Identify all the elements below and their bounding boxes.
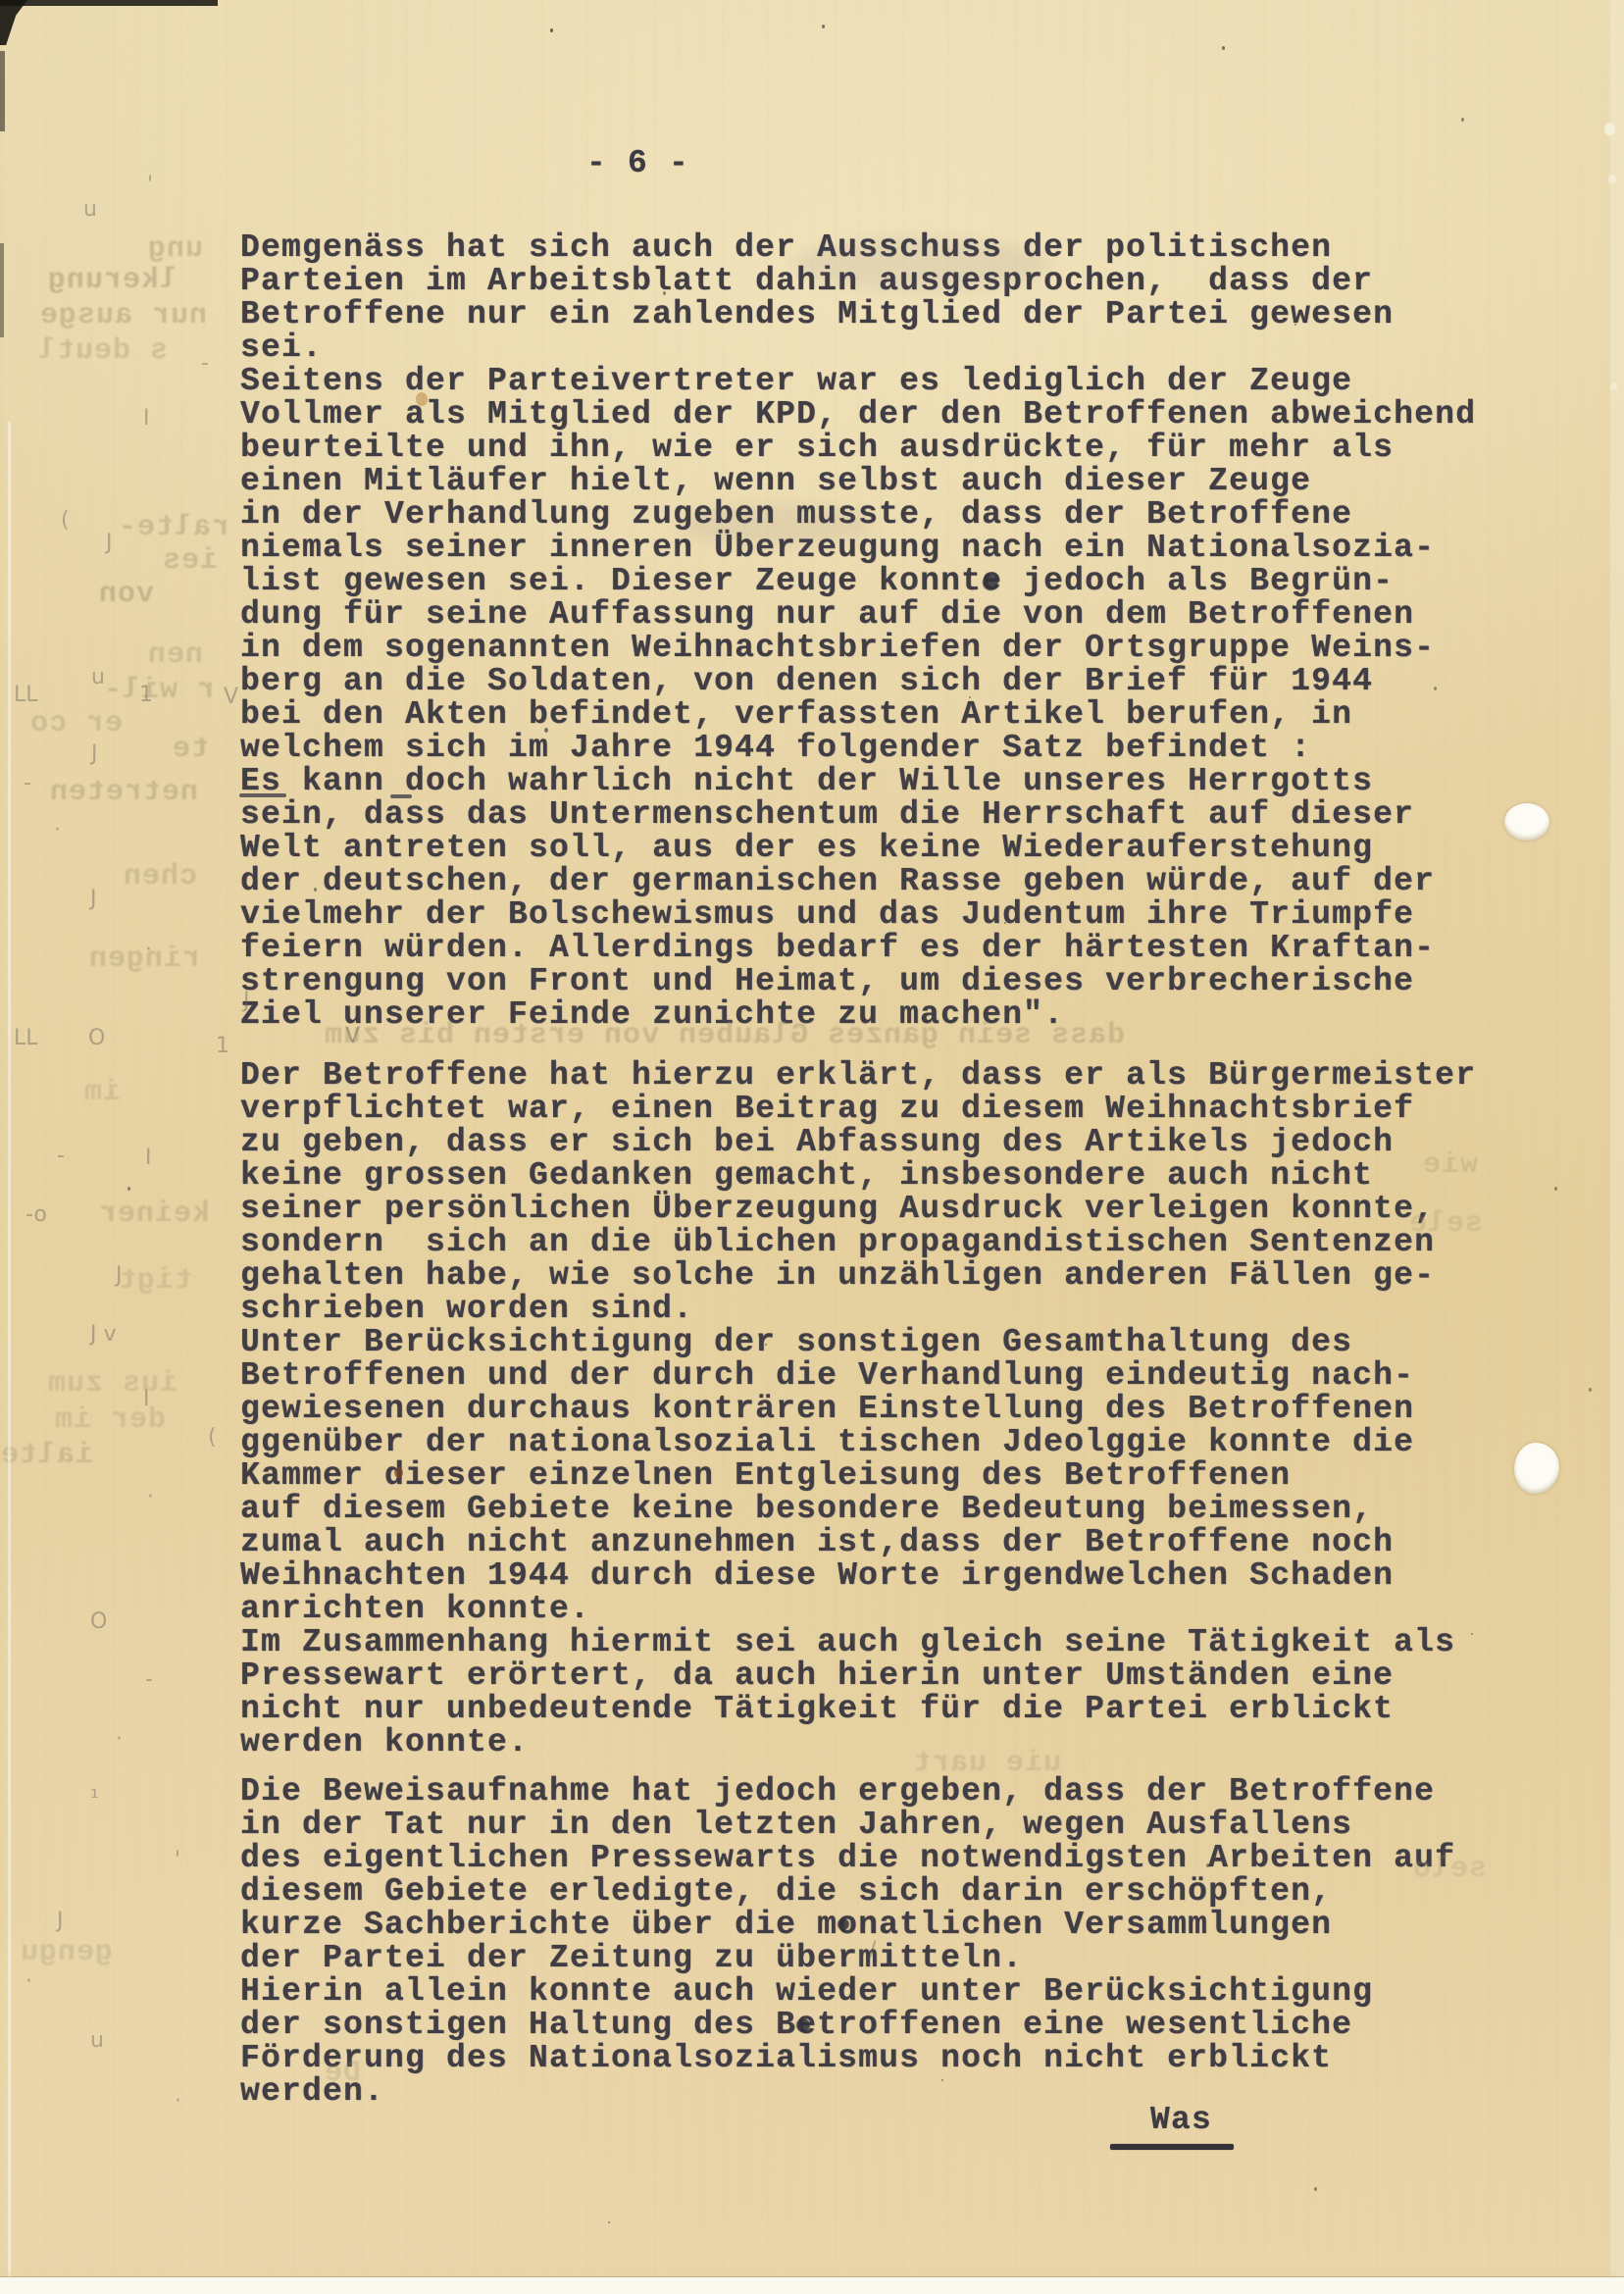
paper-speck <box>1206 1863 1209 1867</box>
bleed-through-ghost-text: ialte <box>0 1440 93 1471</box>
bleed-through-ghost-text: selo <box>1412 1854 1487 1885</box>
text-line: der deutschen, der germanischen Rasse ge… <box>240 865 1476 898</box>
margin-mark: J <box>243 991 250 1012</box>
text-line: Es kann doch wahrlich nicht der Wille un… <box>240 765 1476 798</box>
text-line: Im Zusammenhang hiermit sei auch gleich … <box>240 1626 1476 1659</box>
text-line: keine grossen Gedanken gemacht, insbeson… <box>240 1159 1476 1193</box>
margin-mark: · <box>145 940 152 961</box>
bleed-through-ghost-text: von <box>98 579 154 610</box>
bleed-through-ghost-text: nen <box>147 639 203 671</box>
scan-edge-top <box>0 0 218 6</box>
text-line: niemals seiner inneren Überzeugung nach … <box>240 532 1476 565</box>
paragraph: Demgenäss hat sich auch der Ausschuss de… <box>240 231 1476 1032</box>
text-line: werden. <box>240 2075 1476 2109</box>
text-line: Förderung des Nationalsozialismus noch n… <box>240 2042 1476 2075</box>
text-line: sondern sich an die üblichen propagandis… <box>240 1226 1476 1259</box>
scan-edge-left-streak <box>0 51 5 131</box>
bleed-through-ghost-text: s deutl <box>37 335 168 367</box>
paper-speck <box>544 728 548 733</box>
margin-mark: -o <box>25 1204 47 1226</box>
text-line: werden konnte. <box>240 1726 1476 1759</box>
text-line: ggenüber der nationalsoziali tischen Jde… <box>240 1426 1476 1459</box>
margin-mark: I <box>143 408 150 430</box>
ink-smudge <box>794 237 1049 291</box>
paper-speck <box>1471 1633 1473 1635</box>
scan-edge-left-streak <box>0 243 4 337</box>
text-line: welchem sich im Jahre 1944 folgender Sat… <box>240 732 1476 765</box>
text-line: Pressewart erörtert, da auch hierin unte… <box>240 1659 1476 1693</box>
margin-mark: O <box>88 1028 105 1049</box>
text-line: seiner persönlichen Überzeugung Ausdruck… <box>240 1193 1476 1226</box>
text-line: vielmehr der Bolschewismus und das Juden… <box>240 898 1476 932</box>
bleed-through-ghost-text: ies <box>162 545 218 577</box>
text-line: kurze Sachberichte über die monatlichen … <box>240 1909 1476 1942</box>
margin-mark: - <box>145 1669 153 1691</box>
margin-mark: ( <box>208 1427 217 1449</box>
margin-mark: · <box>116 1729 123 1751</box>
text-line: list gewesen sei. Dieser Zeuge konnte je… <box>240 565 1476 598</box>
paper-speck <box>394 1467 403 1478</box>
text-line: einen Mitläufer hielt, wenn selbst auch … <box>240 465 1476 498</box>
paper-speck <box>1314 2187 1317 2191</box>
text-line: Welt antreten soll, aus der es keine Wie… <box>240 832 1476 865</box>
paper-speck <box>663 291 666 295</box>
text-line: berg an die Soldaten, von denen sich der… <box>240 665 1476 698</box>
text-line: gewiesenen durchaus konträren Einstellun… <box>240 1393 1476 1426</box>
margin-mark: ' <box>175 1850 180 1871</box>
bleed-through-ghost-text: lkerung <box>47 265 178 296</box>
page-number: - 6 - <box>586 147 689 180</box>
paper-speck <box>628 1832 630 1834</box>
bleed-through-ghost-text: ius zum <box>47 1368 178 1400</box>
margin-mark: · <box>25 1971 32 1993</box>
bleed-through-ghost-text: r wil- <box>103 675 215 706</box>
paper-speck <box>314 888 317 892</box>
text-line: anrichten konnte. <box>240 1593 1476 1626</box>
document-text: Demgenäss hat sich auch der Ausschuss de… <box>240 231 1476 2109</box>
margin-mark: ¹ <box>90 1788 99 1810</box>
margin-mark: / <box>869 1940 876 1962</box>
bleed-through-ghost-text: chen <box>123 861 197 892</box>
paper-speck <box>416 392 428 406</box>
hole-punch <box>1504 803 1549 841</box>
paper-speck <box>1004 922 1006 924</box>
margin-mark: - <box>24 773 31 794</box>
text-line: bei den Akten befindet, verfassten Artik… <box>240 698 1476 732</box>
bleed-through-ghost-text: te <box>172 734 209 765</box>
margin-mark: V <box>345 1026 360 1047</box>
ink-smudge <box>677 505 873 544</box>
text-line: dung für seine Auffassung nur auf die vo… <box>240 598 1476 632</box>
text-line: gehalten habe, wie solche in unzähligen … <box>240 1259 1476 1293</box>
text-line: zumal auch nicht anzunehmen ist,dass der… <box>240 1526 1476 1559</box>
bleed-through-ghost-text: De <box>324 2058 361 2089</box>
margin-mark: J v <box>90 1324 117 1346</box>
text-line: beurteilte und ihn, wie er sich ausdrück… <box>240 432 1476 465</box>
paper-speck <box>822 25 825 28</box>
paragraph: Der Betroffene hat hierzu erklärt, dass … <box>240 1059 1476 1759</box>
text-line: Betroffenen und der durch die Verhandlun… <box>240 1359 1476 1393</box>
text-line: Betroffene nur ein zahlendes Mitglied de… <box>240 298 1476 331</box>
ink-underline <box>239 793 286 797</box>
bleed-through-ghost-text: tigt <box>118 1265 192 1297</box>
text-line: diesem Gebiete erledigte, die sich darin… <box>240 1875 1476 1909</box>
paper-speck <box>294 1599 297 1603</box>
paper-speck <box>1294 324 1296 326</box>
bleed-through-ghost-text: er co <box>29 708 123 739</box>
margin-mark: u <box>83 199 97 221</box>
paper-speck <box>1589 1388 1592 1392</box>
text-line: Hierin allein konnte auch wieder unter B… <box>240 1975 1476 2009</box>
paper-speck <box>1554 1187 1557 1191</box>
catchword: Was <box>1150 2104 1212 2137</box>
margin-mark: J <box>91 743 98 765</box>
text-line: auf diesem Gebiete keine besondere Bedeu… <box>240 1493 1476 1526</box>
bleed-through-ghost-text: ung <box>147 233 203 265</box>
text-line: feiern würden. Allerdings bedarf es der … <box>240 932 1476 965</box>
paper-fold-line <box>8 422 11 2277</box>
bleed-through-ghost-text: ralte- <box>118 512 229 543</box>
margin-mark: u <box>91 667 105 688</box>
text-line: sei. <box>240 331 1476 365</box>
scan-edge-right <box>1610 0 1624 2294</box>
margin-mark: · <box>147 1487 154 1508</box>
margin-mark: LL <box>14 1028 38 1049</box>
bleed-through-ghost-text: gengu <box>20 1937 113 1968</box>
ink-blob <box>796 2018 810 2032</box>
margin-mark: J <box>90 889 97 910</box>
paper-speck <box>412 2011 414 2013</box>
bleed-through-ghost-text: uie uart <box>912 1748 1061 1779</box>
text-line: des eigentlichen Pressewarts die notwend… <box>240 1842 1476 1875</box>
text-line: der Partei der Zeitung zu übermitteln. <box>240 1942 1476 1975</box>
bleed-through-ghost-text: keiner <box>98 1198 210 1230</box>
paper-speck <box>127 1187 130 1191</box>
margin-mark: J <box>106 533 113 554</box>
bleed-through-ghost-text: nur ausge <box>39 300 207 331</box>
paper-speck <box>765 1344 767 1346</box>
paper-speck <box>608 2221 610 2223</box>
text-line: sein, dass das Untermenschentum die Herr… <box>240 798 1476 832</box>
margin-mark: ' <box>147 175 153 196</box>
margin-mark: - <box>201 353 209 375</box>
bleed-through-ghost-text: im <box>83 1077 121 1108</box>
bleed-through-ghost-text: dass sein ganzes Glauben von ersten bis … <box>324 1020 1125 1051</box>
paper-speck <box>550 28 553 32</box>
margin-mark: · <box>54 820 61 841</box>
text-line: strengung von Front und Heimat, um diese… <box>240 965 1476 998</box>
paragraph: Die Beweisaufnahme hat jedoch ergeben, d… <box>240 1775 1476 2109</box>
text-line: verpflichtet war, einen Beitrag zu diese… <box>240 1093 1476 1126</box>
margin-mark: O <box>90 1611 107 1633</box>
margin-mark: J <box>116 1265 123 1287</box>
text-line: nicht nur unbedeutende Tätigkeit für die… <box>240 1693 1476 1726</box>
margin-mark: 1 <box>216 1036 229 1057</box>
ink-blob <box>837 1918 849 1930</box>
text-line: der sonstigen Haltung des Betroffenen ei… <box>240 2009 1476 2042</box>
bleed-through-ghost-text: netreten <box>49 777 198 808</box>
text-line: schrieben worden sind. <box>240 1293 1476 1326</box>
catchword-underline <box>1110 2144 1234 2150</box>
paper-speck <box>1222 46 1225 50</box>
margin-mark: ( <box>61 510 70 532</box>
text-line: zu geben, dass er sich bei Abfassung des… <box>240 1126 1476 1159</box>
margin-mark: V <box>224 687 238 708</box>
margin-mark: I <box>145 1147 152 1169</box>
paper-speck <box>969 696 971 698</box>
margin-mark: 1 <box>139 685 153 706</box>
text-line: in der Tat nur in den letzten Jahren, we… <box>240 1809 1476 1842</box>
bleed-through-ghost-text: sele <box>1408 1208 1483 1240</box>
paper-speck <box>1461 118 1464 122</box>
paper-speck <box>1434 687 1437 690</box>
text-line: Der Betroffene hat hierzu erklärt, dass … <box>240 1059 1476 1093</box>
text-line: in dem sogenannten Weihnachtsbriefen der… <box>240 632 1476 665</box>
ink-blob <box>983 575 998 590</box>
bleed-through-ghost-text: wie <box>1422 1149 1478 1181</box>
text-line: Unter Berücksichtigung der sonstigen Ges… <box>240 1326 1476 1359</box>
margin-mark: - <box>57 1146 65 1167</box>
margin-mark: u <box>90 2030 104 2052</box>
text-line: Weihnachten 1944 durch diese Worte irgen… <box>240 1559 1476 1593</box>
text-line: Kammer dieser einzelnen Entgleisung des … <box>240 1459 1476 1493</box>
text-line: Die Beweisaufnahme hat jedoch ergeben, d… <box>240 1775 1476 1809</box>
ink-underline <box>390 794 412 798</box>
scanned-document-page: - 6 - Demgenäss hat sich auch der Aussch… <box>0 0 1624 2294</box>
margin-mark: LL <box>14 685 38 706</box>
paper-speck <box>853 1707 856 1710</box>
paper-speck <box>941 2079 943 2081</box>
margin-mark: J <box>57 1911 64 1932</box>
scan-bed-bottom-strip <box>0 2277 1624 2294</box>
margin-mark: I <box>143 1389 150 1410</box>
margin-mark: · <box>175 2091 181 2113</box>
